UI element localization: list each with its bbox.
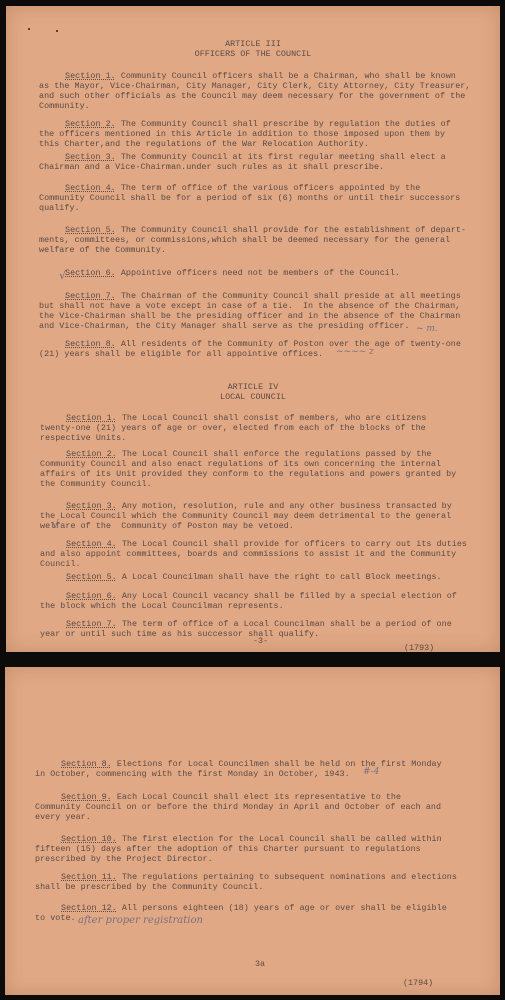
- section-label: Section 11.: [61, 872, 117, 882]
- section-text: The Local Council shall provide for offi…: [117, 539, 467, 549]
- section-text-line: year or until such time as his successor…: [40, 629, 319, 639]
- section-label: Section 12.: [61, 903, 117, 913]
- section-text: The term of office of the various office…: [116, 183, 421, 193]
- section-paragraph: Section 8. All residents of the Communit…: [65, 339, 461, 349]
- check-mark-icon: √: [59, 269, 66, 282]
- section-text-line: in October, commencing with the first Mo…: [35, 769, 350, 779]
- section-text-line: welfare of the Community.: [39, 245, 166, 255]
- article-3-heading: ARTICLE III: [6, 39, 500, 49]
- section-label: Section 8.: [61, 759, 112, 769]
- section-text: The term of office of a Local Councilman…: [117, 619, 452, 629]
- section-text-line: qualify.: [39, 203, 80, 213]
- section-text-line: ments, committees, or commissions,which …: [39, 235, 450, 245]
- section-text-line: the officers mentioned in this Article i…: [39, 129, 445, 139]
- section-paragraph: Section 12. All persons eighteen (18) ye…: [61, 903, 447, 913]
- section-paragraph: Section 7. The Chairman of the Community…: [65, 291, 461, 301]
- page-number: 3a: [255, 959, 265, 969]
- section-text: The Community Council at its first regul…: [116, 152, 446, 162]
- section-paragraph: Section 10. The first election for the L…: [61, 834, 442, 844]
- section-text-line: Council.: [40, 559, 81, 569]
- section-text-line: affairs of its Unit provided they confor…: [40, 469, 456, 479]
- section-paragraph: Section 5. A Local Councilman shall have…: [66, 572, 442, 582]
- section-text: Appointive officers need not be members …: [116, 268, 400, 278]
- section-label: Section 1.: [66, 413, 117, 423]
- section-text-line: Community.: [39, 101, 90, 111]
- section-paragraph: Section 1. The Local Council shall consi…: [66, 413, 426, 423]
- section-label: Section 5.: [66, 572, 117, 582]
- section-text: The Local Council shall consist of membe…: [117, 413, 427, 423]
- section-text-line: prescribed by the Project Director.: [35, 854, 213, 864]
- section-paragraph: Section 11. The regulations pertaining t…: [61, 872, 457, 882]
- section-label: Section 4.: [65, 183, 116, 193]
- section-text-line: the Community Council.: [40, 479, 152, 489]
- section-label: Section 2.: [66, 449, 117, 459]
- section-text-line: to vote.: [35, 913, 76, 923]
- section-paragraph: Section 3. Any motion, resolution, rule …: [66, 501, 452, 511]
- section-text: Community Council officers shall be a Ch…: [116, 71, 456, 81]
- document-page-2: Section 8. Elections for Local Councilme…: [5, 667, 500, 995]
- section-text: Any motion, resolution, rule and any oth…: [117, 501, 452, 511]
- section-text-line: and also appoint committees, boards and …: [40, 549, 456, 559]
- section-paragraph: Section 3. The Community Council at its …: [65, 152, 446, 162]
- section-text: The Community Council shall prescribe by…: [116, 119, 451, 129]
- check-mark-icon: √: [52, 518, 59, 531]
- section-text-line: but shall not have a vote except in case…: [39, 301, 460, 311]
- archive-number: (1794): [403, 978, 433, 988]
- section-text-line: the Local Council which the Community Co…: [40, 511, 451, 521]
- section-paragraph: Section 6. Any Local Council vacancy sha…: [66, 591, 457, 601]
- section-paragraph: Section 2. The Local Council shall enfor…: [66, 449, 431, 459]
- section-text-line: twenty-one (21) years of age or over, el…: [40, 423, 426, 433]
- section-paragraph: Section 1. Community Council officers sh…: [65, 71, 456, 81]
- page-number: -3-: [253, 636, 268, 646]
- section-label: Section 4.: [66, 539, 117, 549]
- section-text: A Local Councilman shall have the right …: [117, 572, 442, 582]
- section-label: Section 3.: [66, 501, 117, 511]
- section-text: The regulations pertaining to subsequent…: [117, 872, 457, 882]
- section-text-line: the Vice-Chairman shall be the presiding…: [39, 311, 460, 321]
- section-text: The Community Council shall provide for …: [116, 225, 466, 235]
- section-label: Section 3.: [65, 152, 116, 162]
- section-text-line: respective Units.: [40, 433, 126, 443]
- section-label: Section 5.: [65, 225, 116, 235]
- section-paragraph: Section 4. The term of office of the var…: [65, 183, 420, 193]
- archive-number: (1793): [404, 643, 434, 653]
- section-text-line: Community Council and also enact regulat…: [40, 459, 441, 469]
- section-paragraph: Section 6. Appointive officers need not …: [65, 268, 400, 278]
- article-3-subheading: OFFICERS OF THE COUNCIL: [6, 49, 500, 59]
- section-text: All residents of the Community of Poston…: [116, 339, 461, 349]
- article-4-heading: ARTICLE IV: [6, 382, 500, 392]
- article-4-subheading: LOCAL COUNCIL: [6, 392, 500, 402]
- section-label: Section 2.: [65, 119, 116, 129]
- section-paragraph: Section 5. The Community Council shall p…: [65, 225, 466, 235]
- section-text-line: the block which the Local Councilman rep…: [40, 601, 284, 611]
- section-text-line: this Charter,and the regulations of the …: [39, 139, 369, 149]
- section-label: Section 8.: [65, 339, 116, 349]
- section-label: Section 1.: [65, 71, 116, 81]
- section-paragraph: Section 9. Each Local Council shall elec…: [61, 792, 401, 802]
- section-text-line: fifteen (15) days after the adoption of …: [35, 844, 421, 854]
- section-text-line: and Vice-Chairman, the City Manager shal…: [39, 321, 410, 331]
- section-text-line: Community Council on or before the third…: [35, 802, 441, 812]
- section-text: Elections for Local Councilmen shall be …: [112, 759, 442, 769]
- handwritten-note: ~~~~ z: [336, 347, 374, 357]
- section-text: Any Local Council vacancy shall be fille…: [117, 591, 457, 601]
- section-text-line: shall be prescribed by the Community Cou…: [35, 882, 263, 892]
- section-text: The Local Council shall enforce the regu…: [117, 449, 432, 459]
- section-paragraph: Section 7. The term of office of a Local…: [66, 619, 452, 629]
- section-label: Section 6.: [66, 591, 117, 601]
- section-text-line: welfare of the Community of Poston may b…: [40, 521, 294, 531]
- section-label: Section 9.: [61, 792, 112, 802]
- section-text-line: Community Council shall be for a period …: [39, 193, 460, 203]
- section-label: Section 7.: [65, 291, 116, 301]
- section-label: Section 6.: [65, 268, 116, 278]
- section-text: Each Local Council shall elect its repre…: [112, 792, 401, 802]
- section-text-line: and such other officials as the Council …: [39, 91, 465, 101]
- section-paragraph: Section 8. Elections for Local Councilme…: [61, 759, 442, 769]
- section-text-line: every year.: [35, 812, 91, 822]
- section-label: Section 10.: [61, 834, 117, 844]
- section-paragraph: Section 2. The Community Council shall p…: [65, 119, 451, 129]
- section-text-line: (21) years shall be eligible for all app…: [39, 349, 323, 359]
- document-page-1: ARTICLE III OFFICERS OF THE COUNCIL Sect…: [6, 6, 500, 652]
- section-text: The Chairman of the Community Council sh…: [116, 291, 461, 301]
- section-text: All persons eighteen (18) years of age o…: [117, 903, 447, 913]
- section-text-line: as the Mayor, Vice-Chairman, City Manage…: [39, 81, 470, 91]
- section-label: Section 7.: [66, 619, 117, 629]
- handwritten-note: #-4: [363, 767, 379, 777]
- section-text-line: Chairman and a Vice-Chairman.under such …: [39, 162, 384, 172]
- section-paragraph: Section 4. The Local Council shall provi…: [66, 539, 467, 549]
- section-text: The first election for the Local Council…: [117, 834, 442, 844]
- handwritten-note: ~ m.: [416, 324, 438, 334]
- handwritten-note: after proper registration: [78, 915, 203, 926]
